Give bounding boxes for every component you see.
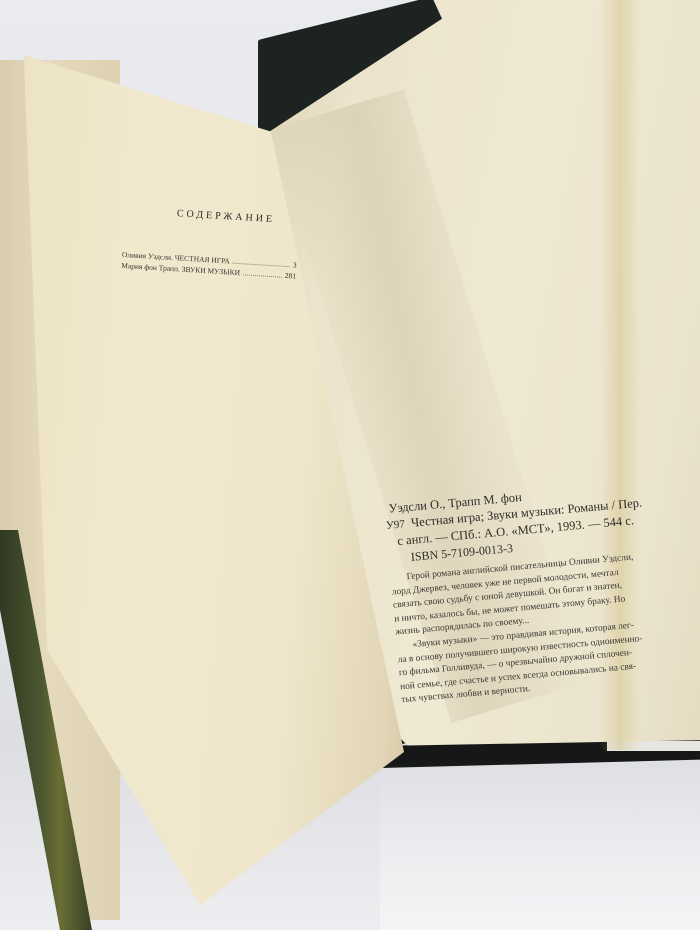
toc-page-number: 281 [284,270,296,282]
table-of-contents: СОДЕРЖАНИЕ Оливия Уэдсли. ЧЕСТНАЯ ИГРА 3… [121,205,300,282]
toc-leader-dots [243,274,282,277]
annotation: Герой романа английской писательницы Оли… [390,545,700,708]
toc-page-number: 3 [293,259,297,270]
surface-reflection [380,760,700,930]
bibliographic-record: Уэдсли О., Трапп М. фон У97 Честная игра… [384,474,700,708]
book-photo: СОДЕРЖАНИЕ Оливия Уэдсли. ЧЕСТНАЯ ИГРА 3… [0,0,700,930]
